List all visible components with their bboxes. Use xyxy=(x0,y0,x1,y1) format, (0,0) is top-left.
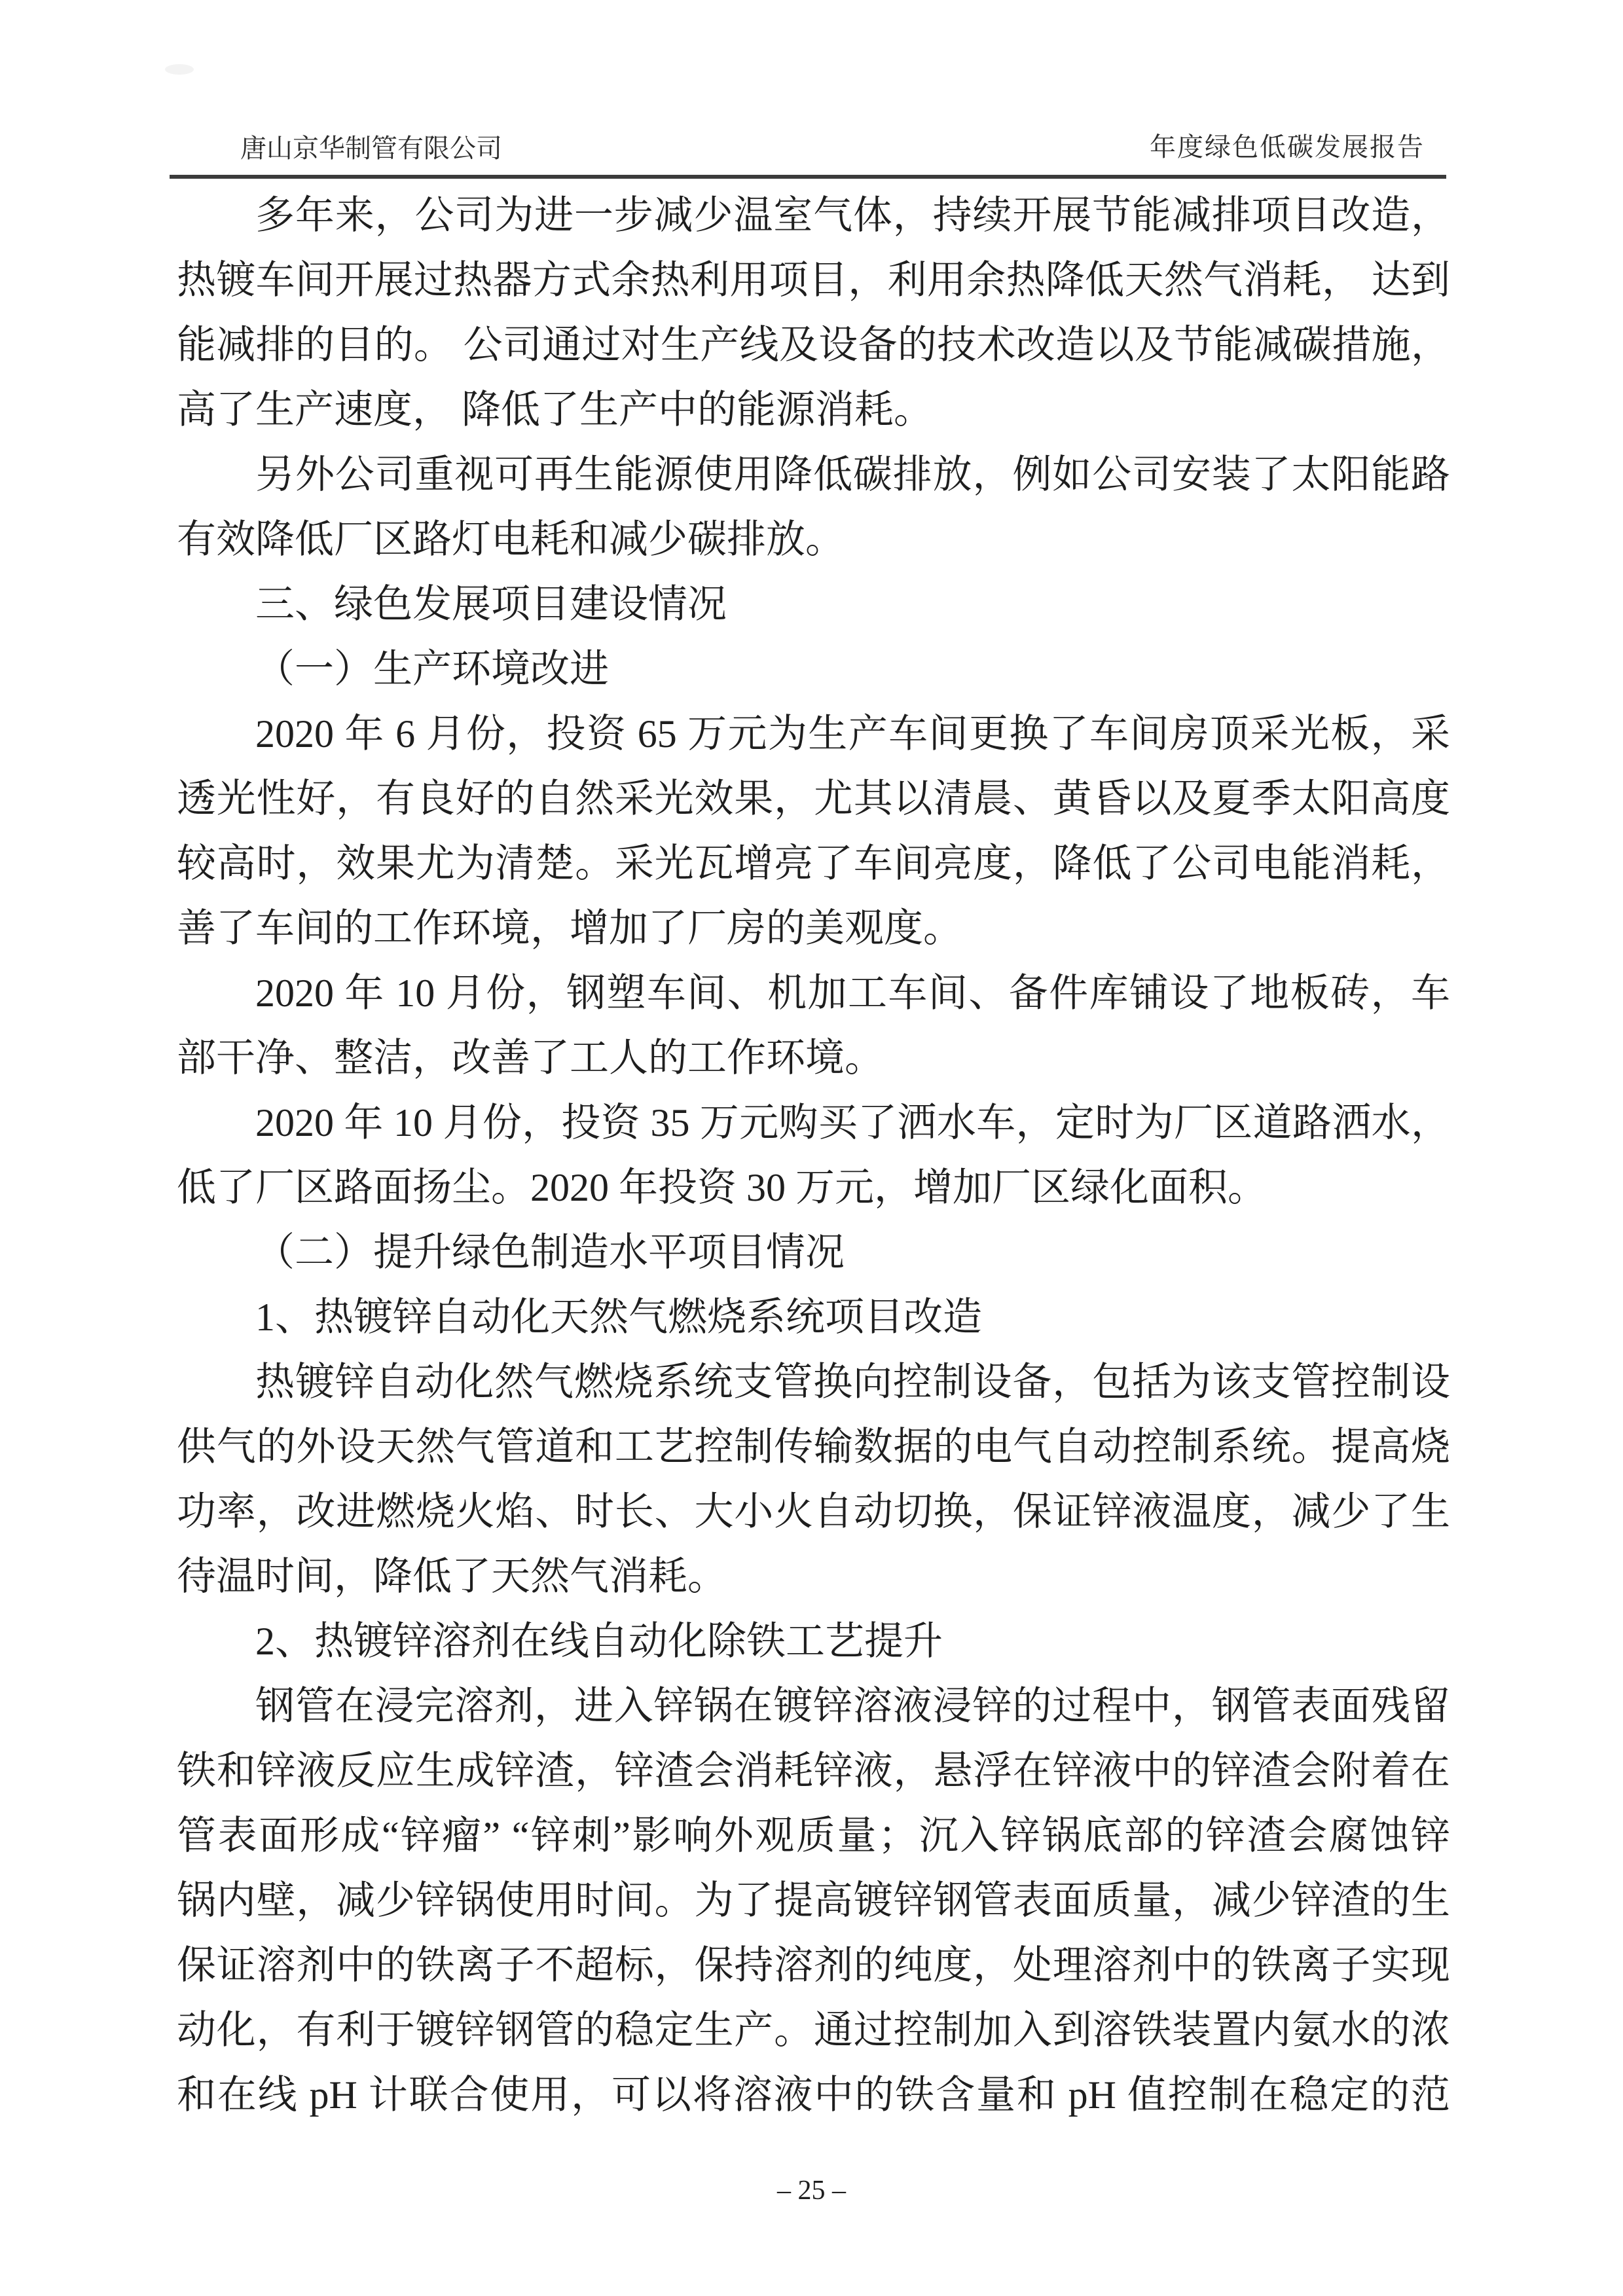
body-line: 低了厂区路面扬尘。2020 年投资 30 万元，增加厂区绿化面积。 xyxy=(177,1156,1450,1220)
body-line: 2020 年 10 月份，钢塑车间、机加工车间、备件库铺设了地板砖，车间内 xyxy=(177,961,1450,1026)
body-line: 有效降低厂区路灯电耗和减少碳排放。 xyxy=(177,507,1450,572)
body-line: 动化，有利于镀锌钢管的稳定生产。通过控制加入到溶铁装置内氨水的浓度 xyxy=(177,1998,1450,2063)
body-line: 和在线 pH 计联合使用，可以将溶液中的铁含量和 pH 值控制在稳定的范围。 xyxy=(177,2063,1450,2128)
body-line: 钢管在浸完溶剂，进入锌锅在镀锌溶液浸锌的过程中，钢管表面残留的 xyxy=(177,1674,1450,1739)
body-line: 善了车间的工作环境，增加了厂房的美观度。 xyxy=(177,896,1450,961)
body-line: 能减排的目的。 公司通过对生产线及设备的技术改造以及节能减碳措施，提 xyxy=(177,313,1450,378)
body-line: 三、绿色发展项目建设情况 xyxy=(177,572,1450,637)
body-line: 铁和锌液反应生成锌渣，锌渣会消耗锌液，悬浮在锌液中的锌渣会附着在钢 xyxy=(177,1739,1450,1804)
page-number: – 25 – xyxy=(0,2171,1623,2210)
body-text: 多年来，公司为进一步减少温室气体，持续开展节能减排项目改造，如热镀车间开展过热器… xyxy=(177,183,1450,2128)
body-line: 透光性好，有良好的自然采光效果，尤其以清晨、黄昏以及夏季太阳高度角 xyxy=(177,767,1450,831)
body-line: 热镀车间开展过热器方式余热利用项目，利用余热降低天然气消耗， 达到节 xyxy=(177,248,1450,313)
header-divider-line xyxy=(170,175,1446,179)
body-line: 保证溶剂中的铁离子不超标，保持溶剂的纯度，处理溶剂中的铁离子实现自 xyxy=(177,1933,1450,1998)
body-line: 1、热镀锌自动化天然气燃烧系统项目改造 xyxy=(177,1285,1450,1350)
body-line: 管表面形成“锌瘤” “锌刺”影响外观质量；沉入锌锅底部的锌渣会腐蚀锌 xyxy=(177,1804,1450,1868)
body-line: 2、热镀锌溶剂在线自动化除铁工艺提升 xyxy=(177,1609,1450,1674)
body-line: 部干净、整洁，改善了工人的工作环境。 xyxy=(177,1026,1450,1091)
scan-smudge-artifact xyxy=(165,64,194,75)
body-line: 供气的外设天然气管道和工艺控制传输数据的电气自动控制系统。提高烧嘴 xyxy=(177,1415,1450,1480)
body-line: 锅内壁，减少锌锅使用时间。为了提高镀锌钢管表面质量，减少锌渣的生成， xyxy=(177,1868,1450,1933)
body-line: 热镀锌自动化然气燃烧系统支管换向控制设备，包括为该支管控制设备 xyxy=(177,1350,1450,1415)
document-page: 唐山京华制管有限公司 年度绿色低碳发展报告 多年来，公司为进一步减少温室气体，持… xyxy=(0,0,1623,2296)
header-report-title: 年度绿色低碳发展报告 xyxy=(1150,132,1425,163)
body-line: 另外公司重视可再生能源使用降低碳排放，例如公司安装了太阳能路灯， xyxy=(177,443,1450,507)
body-line: （一）生产环境改进 xyxy=(177,637,1450,702)
body-line: （二）提升绿色制造水平项目情况 xyxy=(177,1220,1450,1285)
body-line: 待温时间，降低了天然气消耗。 xyxy=(177,1544,1450,1609)
body-line: 功率，改进燃烧火焰、时长、大小火自动切换，保证锌液温度，减少了生产 xyxy=(177,1480,1450,1544)
body-line: 多年来，公司为进一步减少温室气体，持续开展节能减排项目改造，如 xyxy=(177,183,1450,248)
body-line: 2020 年 6 月份，投资 65 万元为生产车间更换了车间房顶采光板，采光板 xyxy=(177,702,1450,767)
body-line: 2020 年 10 月份，投资 35 万元购买了洒水车，定时为厂区道路洒水，降 xyxy=(177,1091,1450,1156)
body-line: 高了生产速度， 降低了生产中的能源消耗。 xyxy=(177,378,1450,443)
body-line: 较高时，效果尤为清楚。采光瓦增亮了车间亮度，降低了公司电能消耗，改 xyxy=(177,831,1450,896)
header-company-name: 唐山京华制管有限公司 xyxy=(240,133,502,164)
